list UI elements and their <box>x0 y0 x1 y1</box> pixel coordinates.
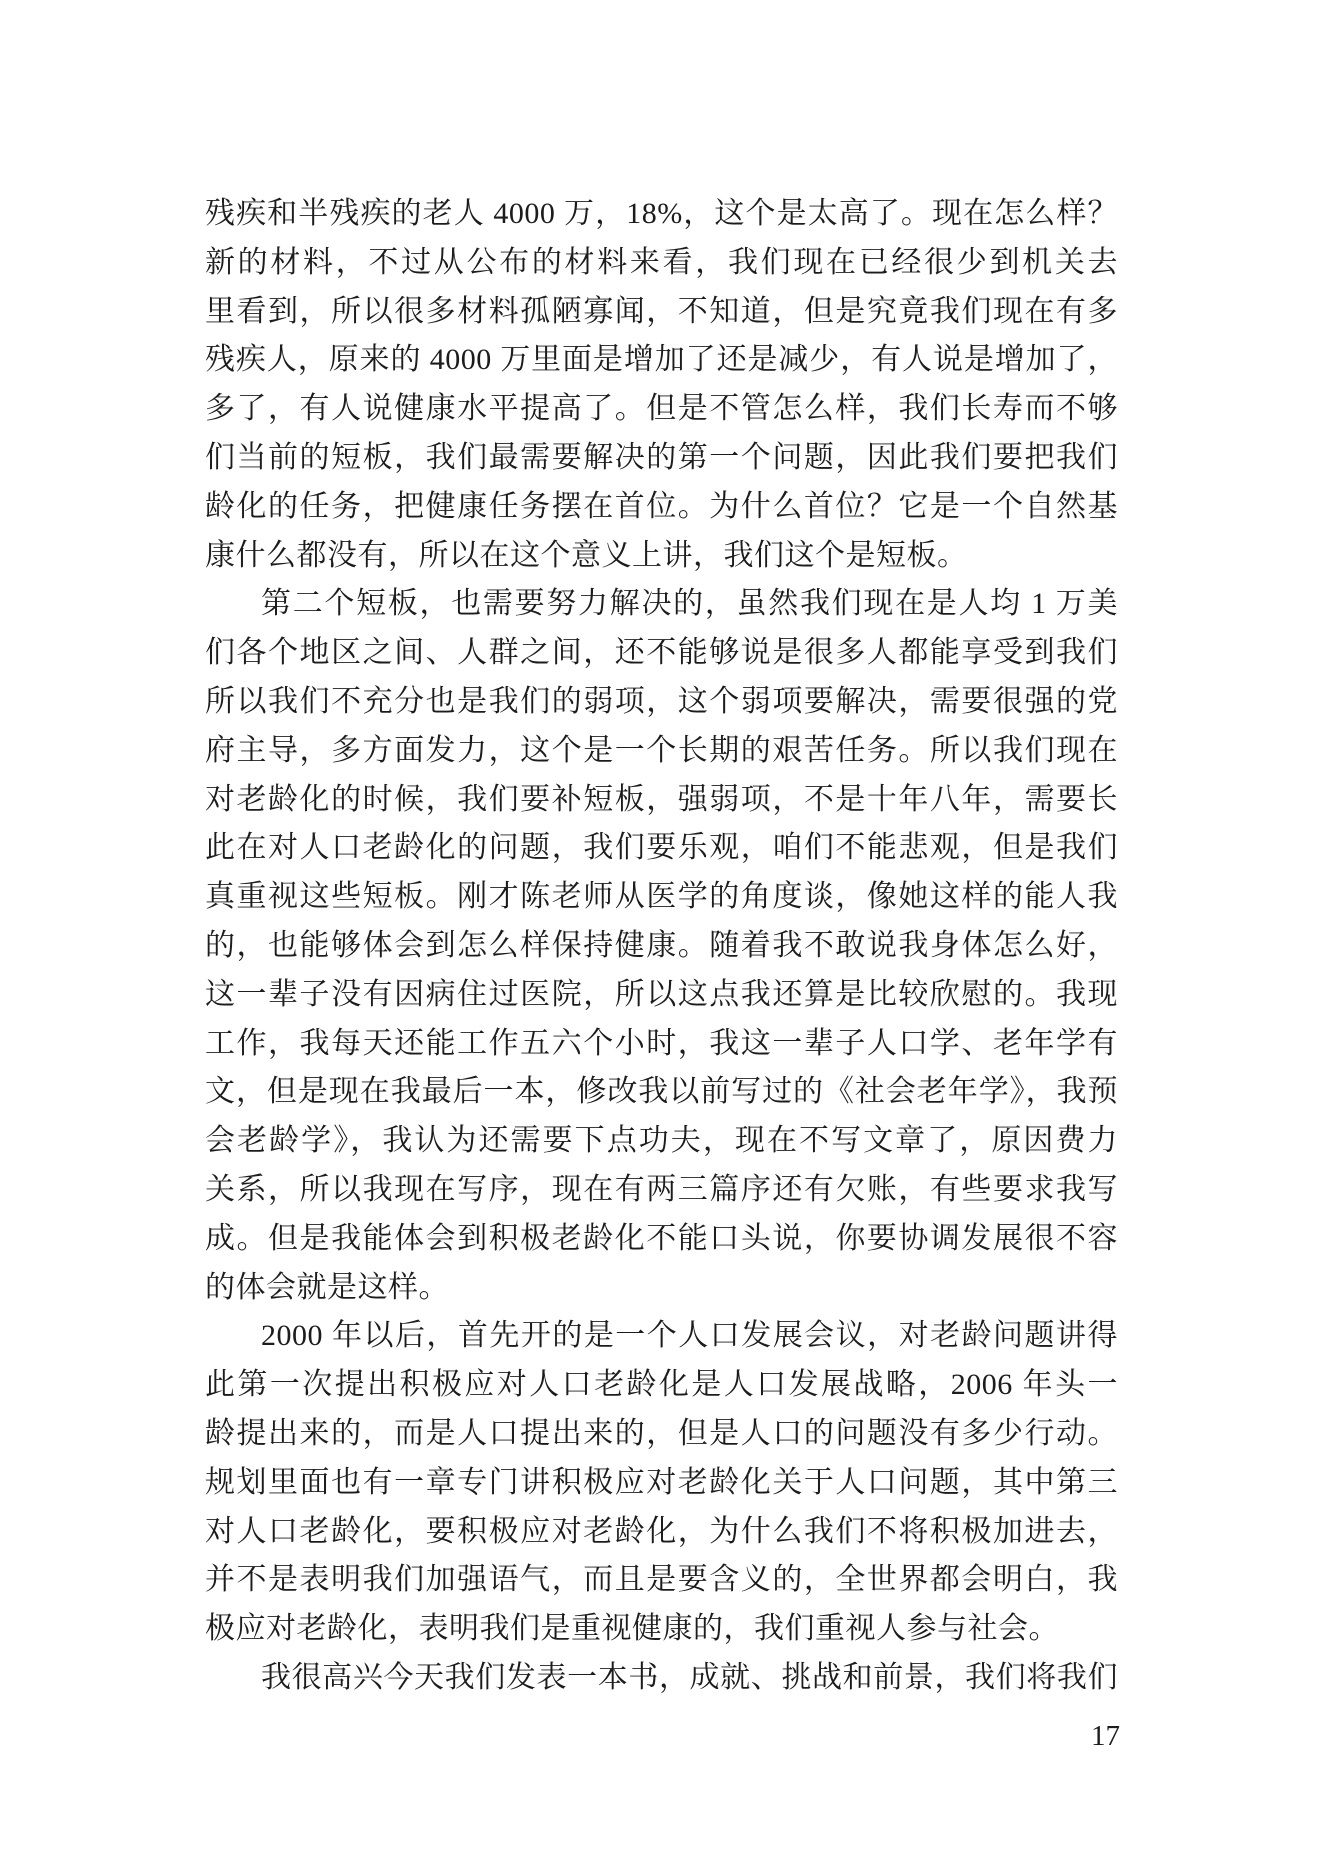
text-line: 多了，有人说健康水平提高了。但是不管怎么样，我们长寿而不够健康，是我 <box>205 385 1118 434</box>
text-line: 的体会就是这样。 <box>205 1264 1118 1313</box>
text-line: 这一辈子没有因病住过医院，所以这点我还算是比较欣慰的。我现在每天还能 <box>205 971 1118 1020</box>
text-line: 我很高兴今天我们发表一本书，成就、挑战和前景，我们将我们的问题拿 <box>205 1654 1118 1703</box>
text-line: 残疾和半残疾的老人 4000 万，18%，这个是太高了。现在怎么样？我不知道最 <box>205 190 1118 239</box>
text-line: 的，也能够体会到怎么样保持健康。随着我不敢说我身体怎么好，但是起码我 <box>205 922 1118 971</box>
text-line: 文，但是现在我最后一本，修改我以前写过的《社会老年学》，我预备改为《社 <box>205 1068 1118 1117</box>
text-line: 工作，我每天还能工作五六个小时，我这一辈子人口学、老年学有不下 30 篇论 <box>205 1020 1118 1069</box>
text-line: 所以我们不充分也是我们的弱项，这个弱项要解决，需要很强的党的领导和政 <box>205 678 1118 727</box>
text-line: 此第一次提出积极应对人口老龄化是人口发展战略，2006 年头一次，还不是老 <box>205 1361 1118 1410</box>
document-body: 残疾和半残疾的老人 4000 万，18%，这个是太高了。现在怎么样？我不知道最新… <box>205 190 1118 1703</box>
text-line: 对人口老龄化，要积极应对老龄化，为什么我们不将积极加进去，积极加进去 <box>205 1508 1118 1557</box>
text-line: 龄化的任务，把健康任务摆在首位。为什么首位？它是一个自然基础，没有健 <box>205 483 1118 532</box>
paragraph: 第二个短板，也需要努力解决的，虽然我们现在是人均 1 万美元，但是我们各个地区之… <box>205 580 1118 1312</box>
paragraph: 我很高兴今天我们发表一本书，成就、挑战和前景，我们将我们的问题拿 <box>205 1654 1118 1703</box>
text-line: 府主导，多方面发力，这个是一个长期的艰苦任务。所以我们现在需要积极应 <box>205 727 1118 776</box>
text-line: 真重视这些短板。刚才陈老师从医学的角度谈，像她这样的能人我是比较羡慕 <box>205 873 1118 922</box>
text-line: 2000 年以后，首先开的是一个人口发展会议，对老龄问题讲得非常好。因 <box>205 1312 1118 1361</box>
text-line: 康什么都没有，所以在这个意义上讲，我们这个是短板。 <box>205 532 1118 581</box>
text-line: 会老龄学》，我认为还需要下点功夫，现在不写文章了，原因费力了，又有年龄 <box>205 1117 1118 1166</box>
text-line: 此在对人口老龄化的问题，我们要乐观，咱们不能悲观，但是我们也必须要认 <box>205 824 1118 873</box>
text-line: 成。但是我能体会到积极老龄化不能口头说，你要协调发展很不容易协调，我 <box>205 1215 1118 1264</box>
text-line: 规划里面也有一章专门讲积极应对老龄化关于人口问题，其中第三节是积极应 <box>205 1459 1118 1508</box>
document-page: 残疾和半残疾的老人 4000 万，18%，这个是太高了。现在怎么样？我不知道最新… <box>0 0 1323 1871</box>
paragraph: 2000 年以后，首先开的是一个人口发展会议，对老龄问题讲得非常好。因此第一次提… <box>205 1312 1118 1654</box>
text-line: 并不是表明我们加强语气，而且是要含义的，全世界都会明白，我们中国在积 <box>205 1556 1118 1605</box>
text-line: 第二个短板，也需要努力解决的，虽然我们现在是人均 1 万美元，但是我 <box>205 580 1118 629</box>
text-line: 龄提出来的，而是人口提出来的，但是人口的问题没有多少行动。在“十一五” <box>205 1410 1118 1459</box>
text-line: 们各个地区之间、人群之间，还不能够说是很多人都能享受到我们发展成果， <box>205 629 1118 678</box>
text-line: 残疾人，原来的 4000 万里面是增加了还是减少，有人说是增加了，老年人多了 <box>205 336 1118 385</box>
text-line: 对老龄化的时候，我们要补短板，强弱项，不是十年八年，需要长期努力，因 <box>205 776 1118 825</box>
text-line: 新的材料，不过从公布的材料来看，我们现在已经很少到机关去了，只能在家 <box>205 239 1118 288</box>
text-line: 们当前的短板，我们最需要解决的第一个问题，因此我们要把我们积极应对老 <box>205 434 1118 483</box>
text-line: 关系，所以我现在写序，现在有两三篇序还有欠账，有些要求我写序的我能完 <box>205 1166 1118 1215</box>
text-line: 里看到，所以很多材料孤陋寡闻，不知道，但是究竟我们现在有多少残疾和半 <box>205 288 1118 337</box>
paragraph: 残疾和半残疾的老人 4000 万，18%，这个是太高了。现在怎么样？我不知道最新… <box>205 190 1118 580</box>
text-line: 极应对老龄化，表明我们是重视健康的，我们重视人参与社会。 <box>205 1605 1118 1654</box>
page-number: 17 <box>1091 1716 1120 1756</box>
